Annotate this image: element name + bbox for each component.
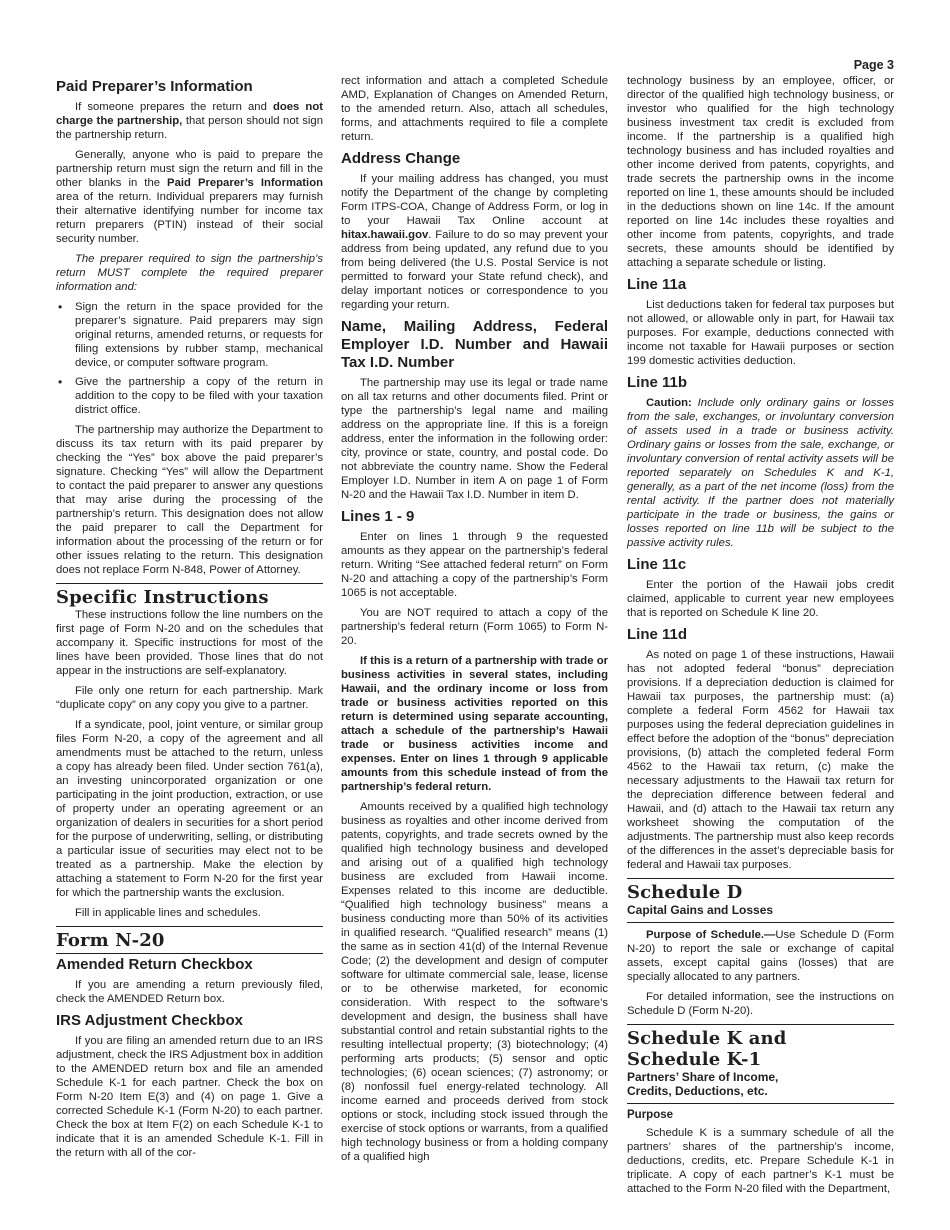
paragraph: rect information and attach a completed … (341, 74, 608, 144)
section-heading-lines-1-9: Lines 1 - 9 (341, 508, 608, 526)
section-heading-line-11a: Line 11a (627, 276, 894, 294)
section-heading-form-n20: Form N-20 (56, 930, 323, 951)
bullet-list: Sign the return in the space provided fo… (56, 300, 323, 417)
text: If your mailing address has changed, you… (341, 173, 608, 227)
divider (627, 1103, 894, 1104)
divider (56, 583, 323, 584)
section-heading-specific-instructions: Specific Instructions (56, 587, 323, 608)
text: Schedule K and (627, 1028, 786, 1049)
section-heading-paid-preparer: Paid Preparer’s Information (56, 78, 323, 96)
text: area of the return. Individual preparers… (56, 191, 323, 245)
column-2: rect information and attach a completed … (341, 74, 608, 1170)
paragraph: If you are amending a return previously … (56, 978, 323, 1006)
text: If someone prepares the return and (75, 101, 273, 113)
paragraph: Fill in applicable lines and schedules. (56, 906, 323, 920)
text: Credits, Deductions, etc. (627, 1084, 768, 1098)
paragraph: Generally, anyone who is paid to prepare… (56, 148, 323, 246)
caution-label: Caution: (646, 397, 692, 409)
paragraph: As noted on page 1 of these instructions… (627, 648, 894, 872)
bold-paragraph: If this is a return of a partnership wit… (341, 654, 608, 794)
text: . Failure to do so may prevent your addr… (341, 229, 608, 311)
paragraph: Enter on lines 1 through 9 the requested… (341, 530, 608, 600)
paragraph: Amounts received by a qualified high tec… (341, 800, 608, 1164)
column-1: Paid Preparer’s Information If someone p… (56, 74, 323, 1166)
paragraph: If a syndicate, pool, joint venture, or … (56, 718, 323, 900)
italic-paragraph: The preparer required to sign the partne… (56, 252, 323, 294)
caution-paragraph: Caution: Include only ordinary gains or … (627, 396, 894, 550)
paragraph: These instructions follow the line numbe… (56, 608, 323, 678)
paragraph: File only one return for each partnershi… (56, 684, 323, 712)
paragraph: The partnership may authorize the Depart… (56, 423, 323, 577)
paragraph: You are NOT required to attach a copy of… (341, 606, 608, 648)
divider (627, 878, 894, 879)
column-3: technology business by an employee, offi… (627, 74, 894, 1202)
subheading-irs-adjustment: IRS Adjustment Checkbox (56, 1012, 323, 1030)
paragraph: If someone prepares the return and does … (56, 100, 323, 142)
paragraph: The partnership may use its legal or tra… (341, 376, 608, 502)
text: Schedule K-1 (627, 1049, 761, 1070)
bold-text: Purpose of Schedule.— (646, 929, 775, 941)
section-heading-line-11d: Line 11d (627, 626, 894, 644)
divider (56, 953, 323, 954)
section-heading-line-11b: Line 11b (627, 374, 894, 392)
divider (627, 922, 894, 923)
paragraph: technology business by an employee, offi… (627, 74, 894, 270)
divider (56, 926, 323, 927)
subheading-purpose: Purpose (627, 1108, 894, 1122)
section-heading-schedule-d: Schedule D (627, 882, 894, 903)
paragraph: List deductions taken for federal tax pu… (627, 298, 894, 368)
bullet-item: Sign the return in the space provided fo… (56, 300, 323, 370)
paragraph: Enter the portion of the Hawaii jobs cre… (627, 578, 894, 620)
section-heading-schedule-k: Schedule K andSchedule K-1 (627, 1028, 894, 1070)
paragraph: Purpose of Schedule.—Use Schedule D (For… (627, 928, 894, 984)
subheading-capital-gains: Capital Gains and Losses (627, 903, 894, 917)
bold-text: Paid Preparer’s Information (167, 177, 323, 189)
paragraph: If your mailing address has changed, you… (341, 172, 608, 312)
subheading-amended-return: Amended Return Checkbox (56, 956, 323, 974)
page-number: Page 3 (854, 58, 894, 72)
section-heading-name-address: Name, Mailing Address, Federal Employer … (341, 318, 608, 372)
bullet-item: Give the partnership a copy of the retur… (56, 375, 323, 417)
italic-text: Include only ordinary gains or losses fr… (627, 397, 894, 549)
section-heading-line-11c: Line 11c (627, 556, 894, 574)
website-link[interactable]: hitax.hawaii.gov (341, 229, 428, 241)
section-heading-address-change: Address Change (341, 150, 608, 168)
paragraph: Schedule K is a summary schedule of all … (627, 1126, 894, 1196)
paragraph: For detailed information, see the instru… (627, 990, 894, 1018)
divider (627, 1024, 894, 1025)
paragraph: If you are filing an amended return due … (56, 1034, 323, 1160)
subheading-partners-share: Partners’ Share of Income,Credits, Deduc… (627, 1070, 894, 1098)
text: Partners’ Share of Income, (627, 1070, 778, 1084)
